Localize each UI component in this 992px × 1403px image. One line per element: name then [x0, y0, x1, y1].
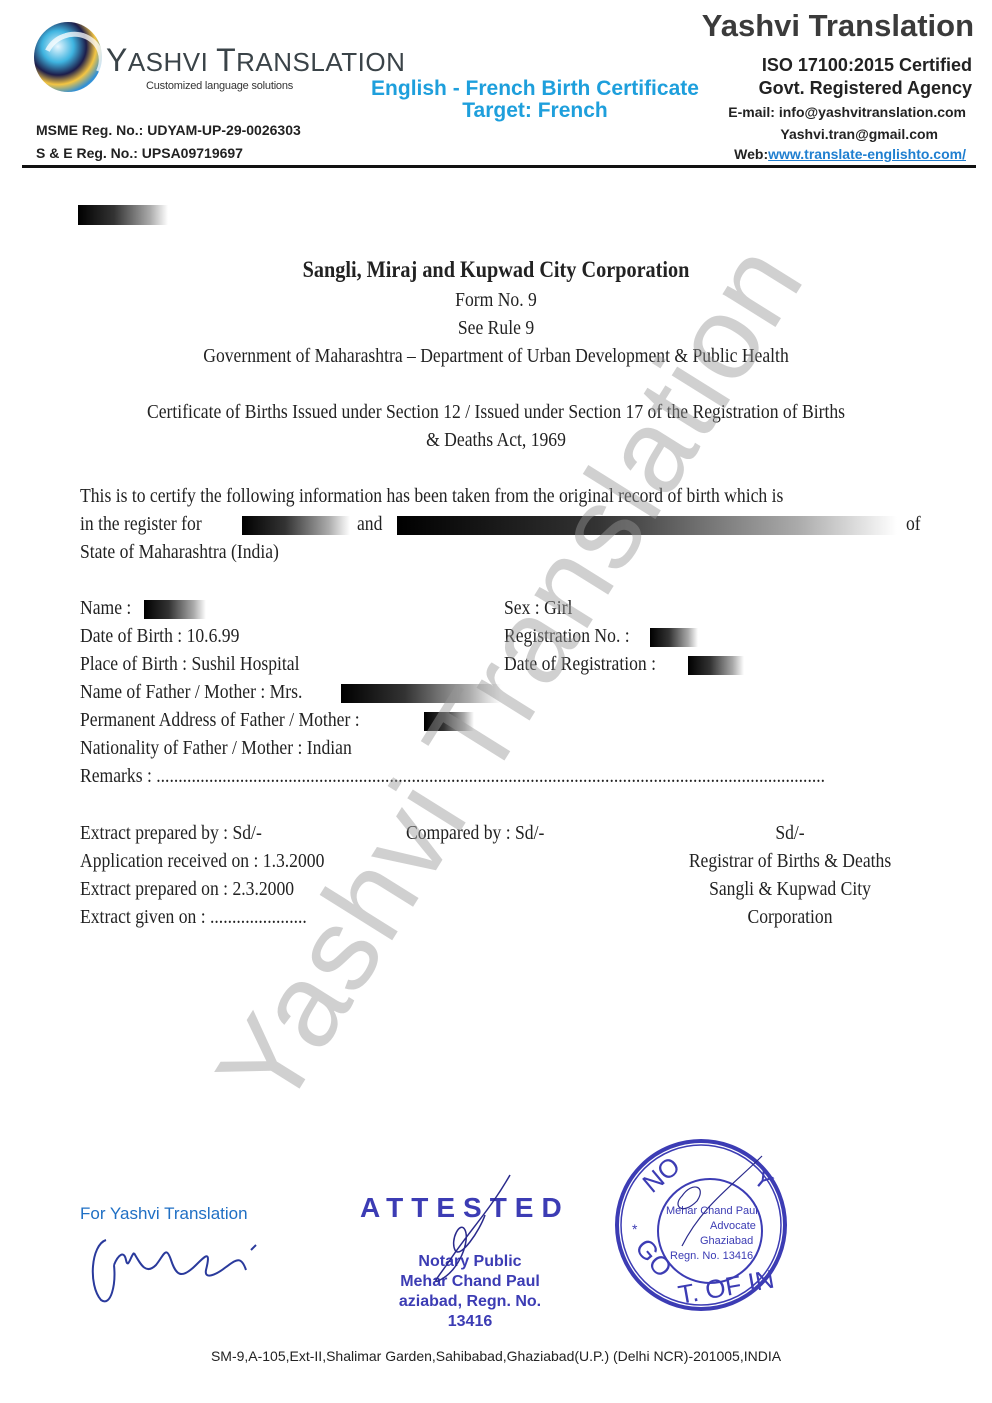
field-label: Place of Birth : — [80, 653, 187, 675]
field-nationality: Nationality of Father / Mother : Indian — [80, 737, 389, 760]
field-label: Remarks : — [80, 765, 152, 787]
document-title: English - French Birth Certificate Targe… — [354, 78, 716, 122]
website: Web:www.translate-englishto.com/ — [734, 146, 966, 162]
certificate-act-line1: Certificate of Births Issued under Secti… — [60, 401, 933, 424]
field-place-of-birth: Place of Birth : Sushil Hospital — [80, 653, 329, 676]
iso-certification: ISO 17100:2015 Certified — [762, 55, 972, 76]
document-title-line1: English - French Birth Certificate — [354, 78, 716, 100]
field-label: Date of Birth : — [80, 625, 182, 647]
intro-text: State of Maharashtra (India) — [80, 541, 279, 564]
company-name: Yashvi Translation — [702, 8, 974, 44]
notary-seal-icon: * NO Y GO T. OF IN Mehar Chand Paul Advo… — [612, 1136, 790, 1314]
se-reg: S & E Reg. No.: UPSA09719697 — [36, 145, 243, 161]
svg-text:Advocate: Advocate — [710, 1220, 756, 1232]
intro-text: in the register for — [80, 513, 202, 536]
footer-address: SM-9,A-105,Ext-II,Shalimar Garden,Sahiba… — [0, 1348, 992, 1364]
logo-letter: T — [216, 42, 236, 78]
field-label: Name : — [80, 597, 131, 619]
notary-signature-icon — [410, 1170, 530, 1300]
email-primary: E-mail: info@yashvitranslation.com — [728, 104, 966, 120]
field-date-of-birth: Date of Birth : 10.6.99 — [80, 625, 261, 648]
intro-text: and — [357, 513, 382, 536]
extract-prepared-on: Extract prepared on : 2.3.2000 — [80, 878, 323, 901]
govt-registration: Govt. Registered Agency — [759, 78, 972, 99]
logo-brand: YASHVI TRANSLATION — [106, 42, 405, 79]
msme-reg: MSME Reg. No.: UDYAM-UP-29-0026303 — [36, 122, 301, 138]
field-label: Name of Father / Mother : — [80, 681, 265, 703]
government-department: Government of Maharashtra – Department o… — [60, 345, 933, 368]
intro-text: of — [906, 513, 921, 536]
redacted-registration-no — [650, 628, 698, 647]
intro-line1: This is to certify the following informa… — [80, 485, 879, 508]
logo-letter: Y — [106, 42, 128, 78]
extract-prepared-by: Extract prepared by : Sd/- — [80, 822, 287, 845]
registrar-corporation: Corporation — [667, 906, 913, 929]
field-label: Nationality of Father / Mother : — [80, 737, 302, 759]
for-yashvi-label: For Yashvi Translation — [80, 1204, 248, 1224]
translator-signature-icon — [86, 1225, 276, 1305]
svg-text:NO: NO — [637, 1151, 686, 1199]
registrar-title: Registrar of Births & Deaths — [667, 850, 913, 873]
field-parent-name: Name of Father / Mother : Mrs. — [80, 681, 333, 704]
logo-text: RANSLATION — [236, 47, 405, 77]
field-value: Sushil Hospital — [191, 653, 299, 675]
extract-text: Application received on : 1.3.2000 — [80, 850, 324, 873]
redacted-name — [144, 600, 206, 619]
globe-logo-icon — [34, 22, 102, 92]
extract-text: Extract prepared on : 2.3.2000 — [80, 878, 294, 901]
field-value: 10.6.99 — [187, 625, 240, 647]
field-name: Name : — [80, 597, 138, 620]
field-permanent-address: Permanent Address of Father / Mother : — [80, 709, 398, 732]
registrar-signature: Sd/- — [684, 822, 895, 845]
intro-line3: State of Maharashtra (India) — [80, 541, 306, 564]
redacted-register — [242, 516, 350, 535]
web-label: Web: — [734, 146, 768, 162]
redacted-date-of-registration — [688, 656, 744, 675]
field-label: Permanent Address of Father / Mother : — [80, 709, 360, 731]
field-value: Indian — [307, 737, 352, 759]
svg-text:T. OF IN: T. OF IN — [676, 1264, 777, 1310]
logo-text: ASHVI — [128, 47, 216, 77]
field-value: Mrs. — [270, 681, 303, 703]
svg-text:Regn. No. 13416: Regn. No. 13416 — [670, 1250, 753, 1262]
document-title-line2: Target: French — [354, 100, 716, 122]
extract-text: Extract prepared by : Sd/- — [80, 822, 262, 845]
logo-tagline: Customized language solutions — [146, 80, 293, 92]
redacted-block — [78, 205, 168, 225]
svg-text:Mehar Chand Paul: Mehar Chand Paul — [666, 1205, 758, 1217]
svg-text:*: * — [632, 1221, 638, 1237]
intro-line2-c: of — [906, 513, 923, 536]
registrar-city: Sangli & Kupwad City — [667, 878, 913, 901]
website-link[interactable]: www.translate-englishto.com/ — [768, 146, 966, 162]
header-divider — [22, 165, 976, 168]
intro-line2-a: in the register for — [80, 513, 218, 536]
email-secondary: Yashvi.tran@gmail.com — [780, 126, 938, 142]
intro-line2-b: and — [357, 513, 386, 536]
svg-text:Ghaziabad: Ghaziabad — [700, 1235, 753, 1247]
certificate-act-line2: & Deaths Act, 1969 — [60, 429, 933, 452]
